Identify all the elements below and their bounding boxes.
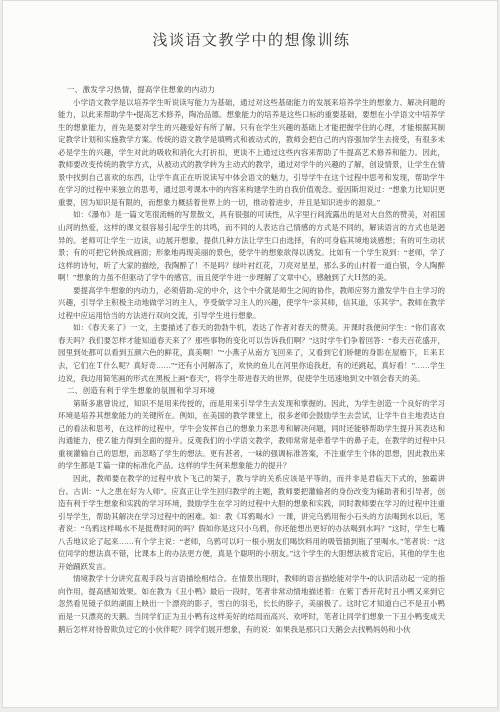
paragraph: 如：《春天来了》一文，主要描述了春天的勃勃牛机，表达了作者对春天的赞美。开课时我… — [58, 322, 445, 385]
paragraph: 因此，教师要在教学的过程中放卜飞己的架子，教与学的关系应该是平等的，而并非是君临… — [58, 473, 445, 573]
paragraph: 小学语文教学是以培养学生听说读写能力为基础，通过对这些基础能力的发展来培养学生的… — [58, 97, 445, 210]
page-content: 浅谈语文教学中的想像训练 一、激发学习热情，提高学住想象的内动力 小学语文教学是… — [3, 1, 497, 636]
paragraph: 情境教学十分讲究直观手段与言语描绘相结合。在情景出现时，教师的语言描绘能对学牛•… — [58, 573, 445, 636]
paragraph: 要提高学牛想象的内动力，必须借助-定的中介，这个中介就是师生之间的协作，教师应努… — [58, 285, 445, 323]
paragraph: 如：《瀑布》是一篇文笔很流畅的写景散文，具有很强的可读性，从字里行间流露出的是对… — [58, 209, 445, 284]
document-title: 浅谈语文教学中的想像训练 — [58, 29, 445, 50]
paragraph: 第斯多惠曾说过，知识不是用来传授的，而是用来引导学生去发现和掌握的。因此，为学生… — [58, 398, 445, 473]
document-page: 浅谈语文教学中的想像训练 一、激发学习热情，提高学住想象的内动力 小学语文教学是… — [2, 0, 498, 708]
section-heading-1: 一、激发学习热情，提高学住想象的内动力 — [58, 84, 445, 97]
document-body: 一、激发学习热情，提高学住想象的内动力 小学语文教学是以培养学生听说读写能力为基… — [58, 84, 445, 636]
section-heading-2: 二、创造有利于学生想象的氛围和学习环境 — [58, 385, 445, 398]
